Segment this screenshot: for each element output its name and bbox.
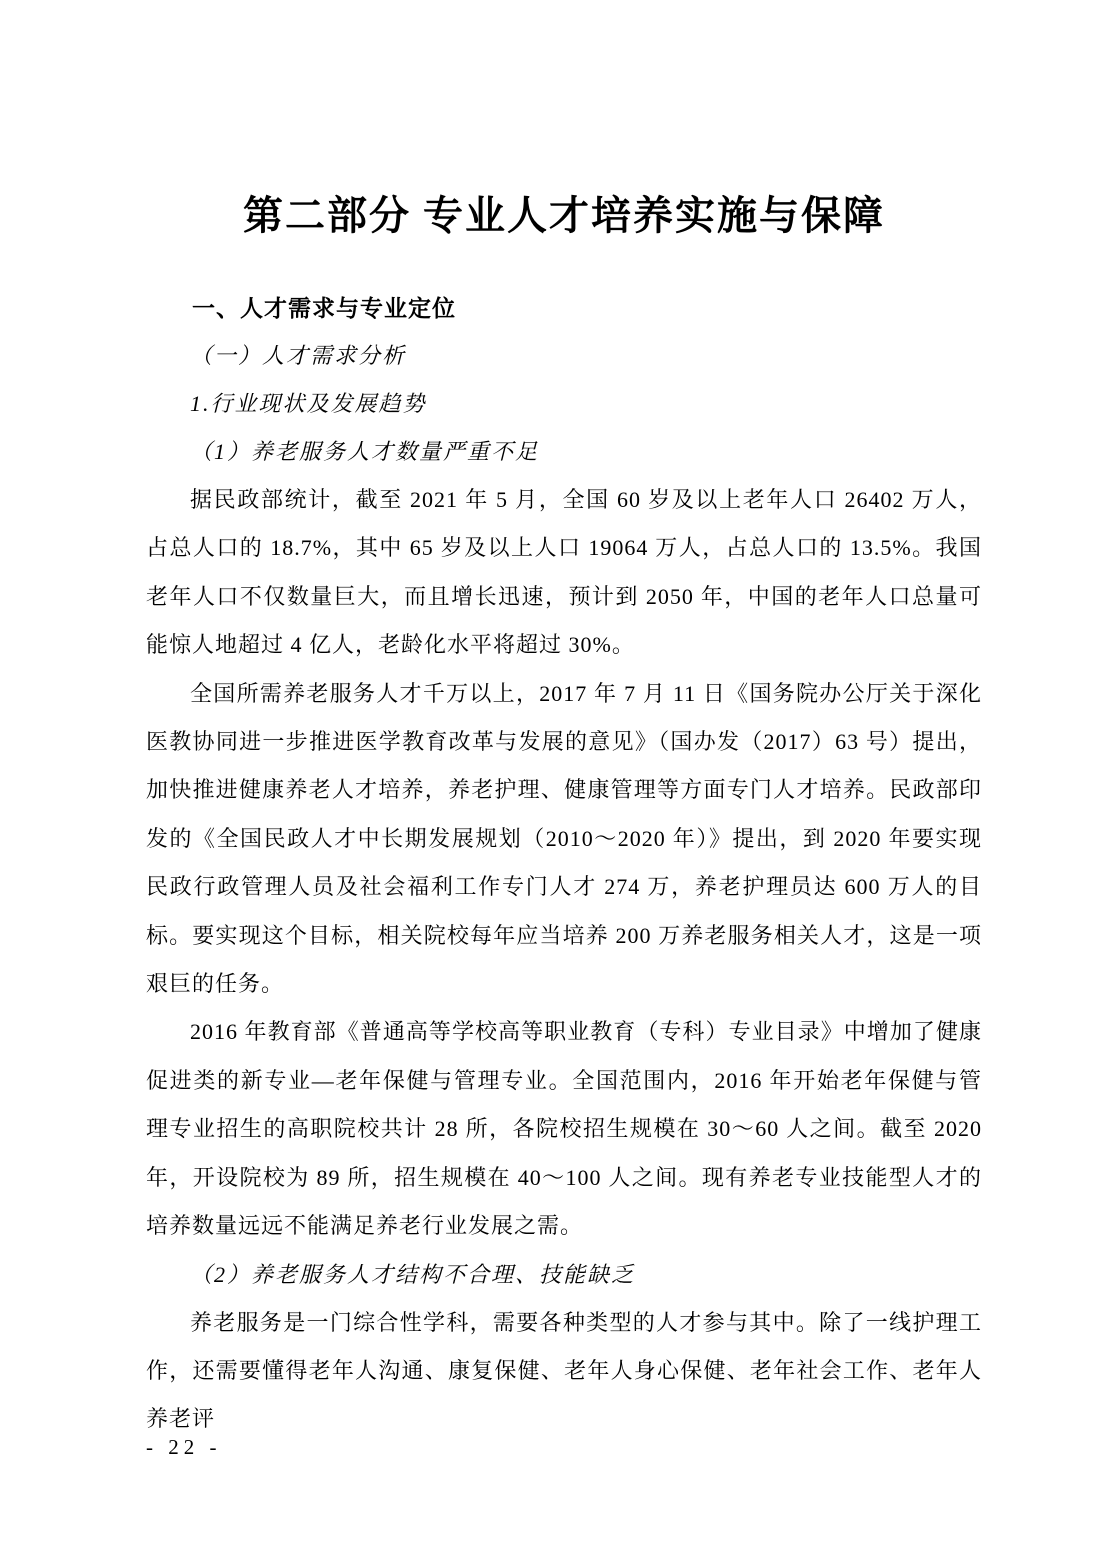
subsection-heading-1: （1）养老服务人才数量严重不足 [146,428,982,476]
subsection-heading-2: （2）养老服务人才结构不合理、技能缺乏 [146,1251,982,1299]
section-heading-level3: 1.行业现状及发展趋势 [146,380,982,428]
section-heading-level1: 一、人才需求与专业定位 [146,284,982,332]
paragraph-3: 2016 年教育部《普通高等学校高等职业教育（专科）专业目录》中增加了健康促进类… [146,1008,982,1250]
document-page: 第二部分 专业人才培养实施与保障 一、人才需求与专业定位 （一）人才需求分析 1… [0,0,1102,1559]
paragraph-4: 养老服务是一门综合性学科，需要各种类型的人才参与其中。除了一线护理工作，还需要懂… [146,1299,982,1444]
document-title: 第二部分 专业人才培养实施与保障 [146,190,982,242]
section-heading-level2: （一）人才需求分析 [146,332,982,380]
paragraph-1: 据民政部统计，截至 2021 年 5 月，全国 60 岁及以上老年人口 2640… [146,476,982,670]
page-number: - 22 - [146,1432,222,1462]
paragraph-2: 全国所需养老服务人才千万以上，2017 年 7 月 11 日《国务院办公厅关于深… [146,670,982,1009]
